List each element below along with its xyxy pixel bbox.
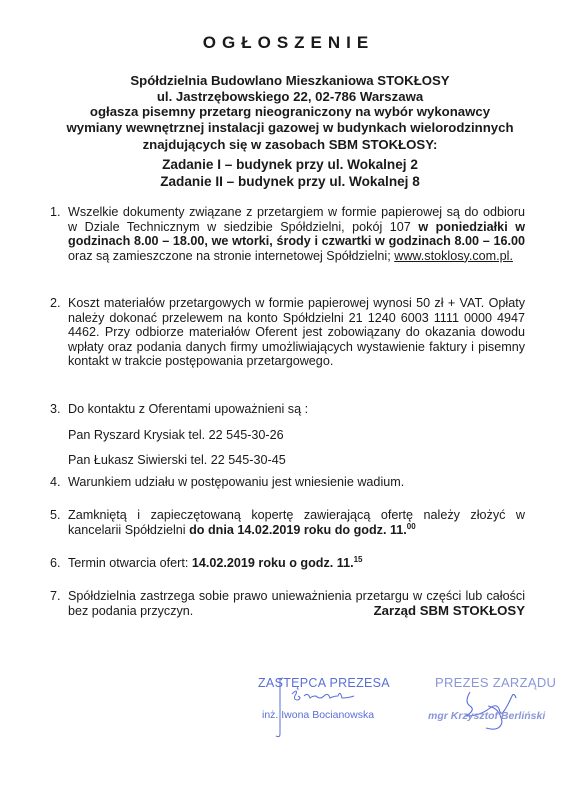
item-number: 7.: [50, 589, 66, 604]
contact-line: Pan Łukasz Siwierski tel. 22 545-30-45: [68, 453, 286, 468]
item-number: 3.: [50, 402, 66, 417]
item-number: 2.: [50, 296, 66, 311]
item-text: Koszt materiałów przetargowych w formie …: [68, 296, 525, 369]
task-line: Zadanie II – budynek przy ul. Wokalnej 8: [40, 173, 540, 190]
item-text: Warunkiem udziału w postępowaniu jest wn…: [68, 475, 525, 490]
item-number: 4.: [50, 475, 66, 490]
contact-line: Pan Ryszard Krysiak tel. 22 545-30-26: [68, 428, 284, 443]
list-item: 2. Koszt materiałów przetargowych w form…: [50, 296, 525, 369]
header-line: ul. Jastrzębowskiego 22, 02-786 Warszawa: [40, 89, 540, 105]
list-item: 1. Wszelkie dokumenty związane z przetar…: [50, 205, 525, 263]
item-number: 6.: [50, 556, 66, 571]
list-item: 6. Termin otwarcia ofert: 14.02.2019 rok…: [50, 556, 525, 571]
header-line: Spółdzielnia Budowlano Mieszkaniowa STOK…: [40, 73, 540, 89]
item-text: Zamkniętą i zapieczętowaną kopertę zawie…: [68, 508, 525, 537]
item-text: Do kontaktu z Oferentami upoważnieni są …: [68, 402, 525, 417]
stamp-name: inż. Iwona Bocianowska: [262, 709, 374, 721]
signoff: Zarząd SBM STOKŁOSY: [374, 603, 525, 618]
item-number: 5.: [50, 508, 66, 523]
list-item: 4. Warunkiem udziału w postępowaniu jest…: [50, 475, 525, 490]
header-line: znajdujących się w zasobach SBM STOKŁOSY…: [40, 137, 540, 153]
item-text: Termin otwarcia ofert: 14.02.2019 roku o…: [68, 556, 525, 571]
stamp-name: mgr Krzysztof Berliński: [428, 710, 545, 722]
website-link[interactable]: www.stoklosy.com.pl.: [394, 249, 513, 263]
list-item: 5. Zamkniętą i zapieczętowaną kopertę za…: [50, 508, 525, 537]
item-number: 1.: [50, 205, 66, 220]
signature-icon: [258, 674, 368, 742]
header-line: ogłasza pisemny przetarg nieograniczony …: [40, 104, 540, 120]
header-line: wymiany wewnętrznej instalacji gazowej w…: [40, 120, 540, 136]
item-text: Wszelkie dokumenty związane z przetargie…: [68, 205, 525, 263]
document-header: Spółdzielnia Budowlano Mieszkaniowa STOK…: [40, 73, 540, 190]
task-line: Zadanie I – budynek przy ul. Wokalnej 2: [40, 156, 540, 173]
list-item: 3. Do kontaktu z Oferentami upoważnieni …: [50, 402, 525, 417]
document-title: OGŁOSZENIE: [0, 33, 577, 53]
